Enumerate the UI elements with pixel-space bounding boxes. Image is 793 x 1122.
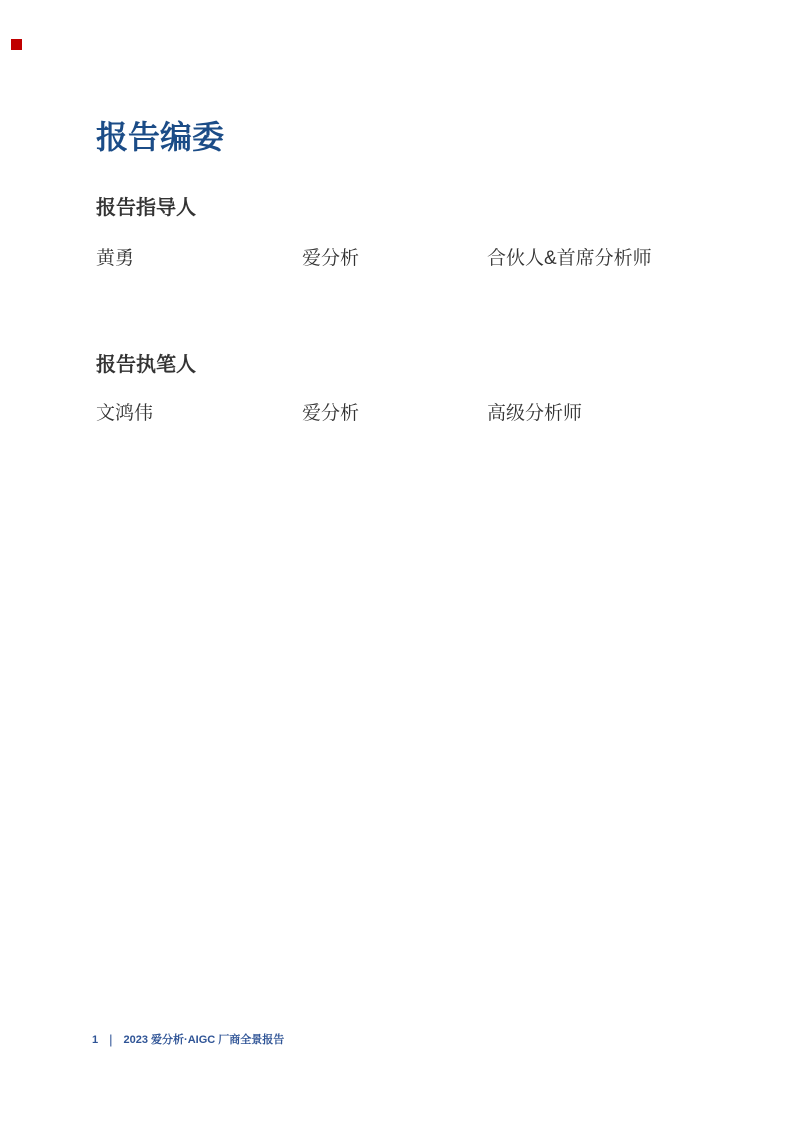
footer-divider: | xyxy=(109,1032,112,1047)
person-name: 黄勇 xyxy=(96,247,302,270)
report-page: 报告编委 报告指导人 黄勇 爱分析 合伙人&首席分析师 报告执笔人 文鸿伟 爱分… xyxy=(0,0,793,1122)
person-job-title: 合伙人&首席分析师 xyxy=(487,247,753,270)
member-row: 文鸿伟 爱分析 高级分析师 xyxy=(96,402,753,425)
footer-report-title: 2023 爱分析·AIGC 厂商全景报告 xyxy=(124,1033,285,1048)
red-square-brand-mark xyxy=(11,39,22,50)
section-heading-authors: 报告执笔人 xyxy=(96,353,196,377)
person-name: 文鸿伟 xyxy=(96,402,302,425)
page-title: 报告编委 xyxy=(96,119,224,155)
footer-page-number: 1 xyxy=(92,1033,98,1048)
page-footer: 1 | 2023 爱分析·AIGC 厂商全景报告 xyxy=(92,1033,284,1048)
section-heading-advisors: 报告指导人 xyxy=(96,196,196,220)
person-job-title: 高级分析师 xyxy=(487,402,753,425)
person-organization: 爱分析 xyxy=(302,247,487,270)
person-organization: 爱分析 xyxy=(302,402,487,425)
member-row: 黄勇 爱分析 合伙人&首席分析师 xyxy=(96,247,753,270)
